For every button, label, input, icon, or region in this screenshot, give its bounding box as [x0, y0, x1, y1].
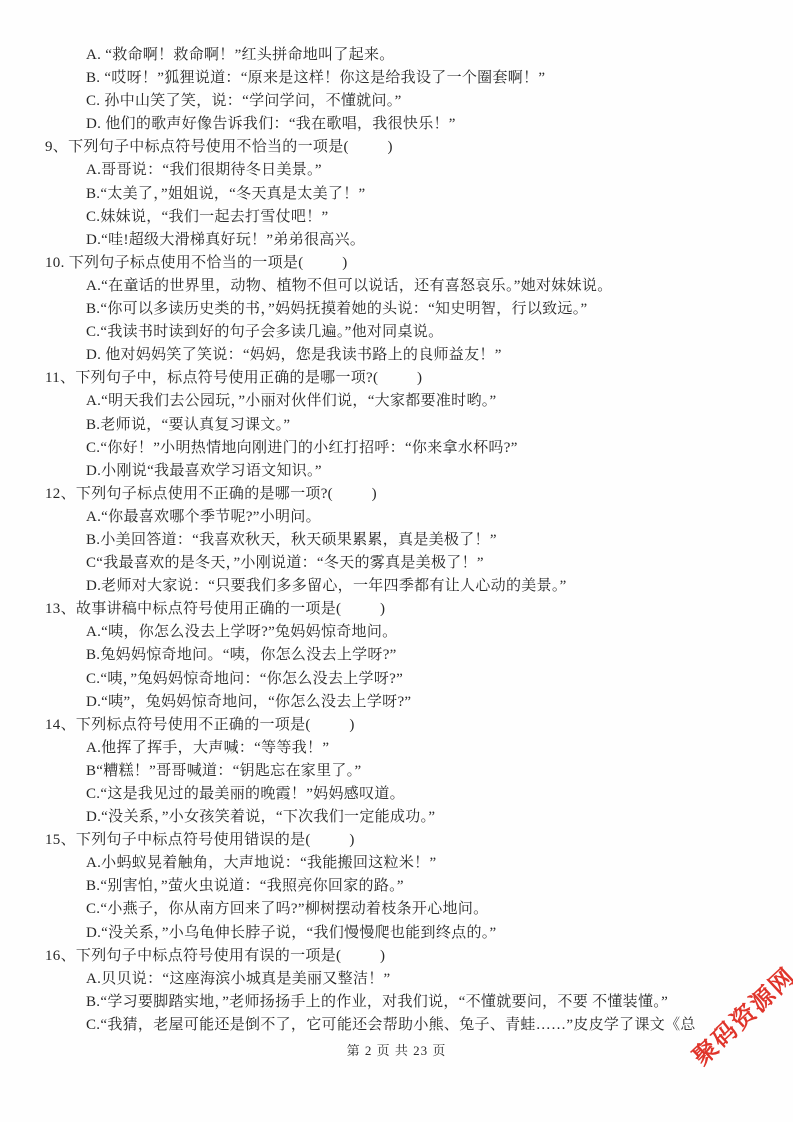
option-line: B.兔妈妈惊奇地问。“咦，你怎么没去上学呀?” — [0, 644, 793, 667]
option-line: A.小蚂蚁晃着触角，大声地说：“我能搬回这粒米！” — [0, 852, 793, 875]
option-line: C.“这是我见过的最美丽的晚霞！”妈妈感叹道。 — [0, 783, 793, 806]
option-line: B.小美回答道：“我喜欢秋天，秋天硕果累累，真是美极了！” — [0, 529, 793, 552]
question-stem: 14、下列标点符号使用不正确的一项是( ) — [0, 714, 793, 737]
option-line: A.“明天我们去公园玩，”小丽对伙伴们说，“大家都要准时哟。” — [0, 390, 793, 413]
question-stem: 13、故事讲稿中标点符号使用正确的一项是( ) — [0, 598, 793, 621]
option-line: C.“我猜，老屋可能还是倒不了，它可能还会帮助小熊、兔子、青蛙……”皮皮学了课文… — [0, 1014, 793, 1037]
option-line: D. 他对妈妈笑了笑说：“妈妈，您是我读书路上的良师益友！” — [0, 344, 793, 367]
question-stem: 10. 下列句子标点使用不恰当的一项是( ) — [0, 252, 793, 275]
question-stem: 11、下列句子中，标点符号使用正确的是哪一项?( ) — [0, 367, 793, 390]
option-line: D.老师对大家说：“只要我们多多留心，一年四季都有让人心动的美景。” — [0, 575, 793, 598]
option-line: B.“别害怕，”萤火虫说道：“我照亮你回家的路。” — [0, 875, 793, 898]
option-line: D.“哇!超级大滑梯真好玩！”弟弟很高兴。 — [0, 229, 793, 252]
option-line: B.老师说，“要认真复习课文。” — [0, 414, 793, 437]
option-line: C.“我读书时读到好的句子会多读几遍。”他对同桌说。 — [0, 321, 793, 344]
option-line: A.哥哥说：“我们很期待冬日美景。” — [0, 159, 793, 182]
option-line: D. 他们的歌声好像告诉我们：“我在歌唱，我很快乐！” — [0, 113, 793, 136]
option-line: B.“太美了，”姐姐说，“冬天真是太美了！” — [0, 183, 793, 206]
question-stem: 16、下列句子中标点符号使用有误的一项是( ) — [0, 945, 793, 968]
option-line: C.“你好！”小明热情地向刚进门的小红打招呼：“你来拿水杯吗?” — [0, 437, 793, 460]
option-line: A.他挥了挥手，大声喊：“等等我！” — [0, 737, 793, 760]
option-line: A. “救命啊！救命啊！”红头拼命地叫了起来。 — [0, 44, 793, 67]
option-line: C.“小燕子，你从南方回来了吗?”柳树摆动着枝条开心地问。 — [0, 898, 793, 921]
option-line: B“糟糕！”哥哥喊道：“钥匙忘在家里了。” — [0, 760, 793, 783]
page-number-footer: 第 2 页 共 23 页 — [0, 1044, 793, 1058]
option-line: A.“在童话的世界里，动物、植物不但可以说话，还有喜怒哀乐。”她对妹妹说。 — [0, 275, 793, 298]
option-line: C. 孙中山笑了笑，说：“学问学问，不懂就问。” — [0, 90, 793, 113]
question-stem: 15、下列句子中标点符号使用错误的是( ) — [0, 829, 793, 852]
option-line: D.“咦”，兔妈妈惊奇地问，“你怎么没去上学呀?” — [0, 691, 793, 714]
option-line: D.“没关系，”小乌龟伸长脖子说，“我们慢慢爬也能到终点的。” — [0, 922, 793, 945]
option-line: B. “哎呀！”狐狸说道：“原来是这样！你这是给我设了一个圈套啊！” — [0, 67, 793, 90]
option-line: B.“学习要脚踏实地，”老师扬扬手上的作业，对我们说，“不懂就要问，不要 不懂装… — [0, 991, 793, 1014]
option-line: C“我最喜欢的是冬天，”小刚说道：“冬天的雾真是美极了！” — [0, 552, 793, 575]
option-line: A.“咦，你怎么没去上学呀?”兔妈妈惊奇地问。 — [0, 621, 793, 644]
option-line: C.妹妹说，“我们一起去打雪仗吧！” — [0, 206, 793, 229]
document-page: A. “救命啊！救命啊！”红头拼命地叫了起来。B. “哎呀！”狐狸说道：“原来是… — [0, 0, 793, 1122]
option-line: D.小刚说“我最喜欢学习语文知识。” — [0, 460, 793, 483]
question-stem: 12、下列句子标点使用不正确的是哪一项?( ) — [0, 483, 793, 506]
option-line: B.“你可以多读历史类的书，”妈妈抚摸着她的头说：“知史明智，行以致远。” — [0, 298, 793, 321]
question-list: A. “救命啊！救命啊！”红头拼命地叫了起来。B. “哎呀！”狐狸说道：“原来是… — [0, 44, 793, 1037]
option-line: D.“没关系，”小女孩笑着说，“下次我们一定能成功。” — [0, 806, 793, 829]
option-line: A.贝贝说：“这座海滨小城真是美丽又整洁！” — [0, 968, 793, 991]
option-line: A.“你最喜欢哪个季节呢?”小明问。 — [0, 506, 793, 529]
option-line: C.“咦，”兔妈妈惊奇地问：“你怎么没去上学呀?” — [0, 668, 793, 691]
question-stem: 9、下列句子中标点符号使用不恰当的一项是( ) — [0, 136, 793, 159]
